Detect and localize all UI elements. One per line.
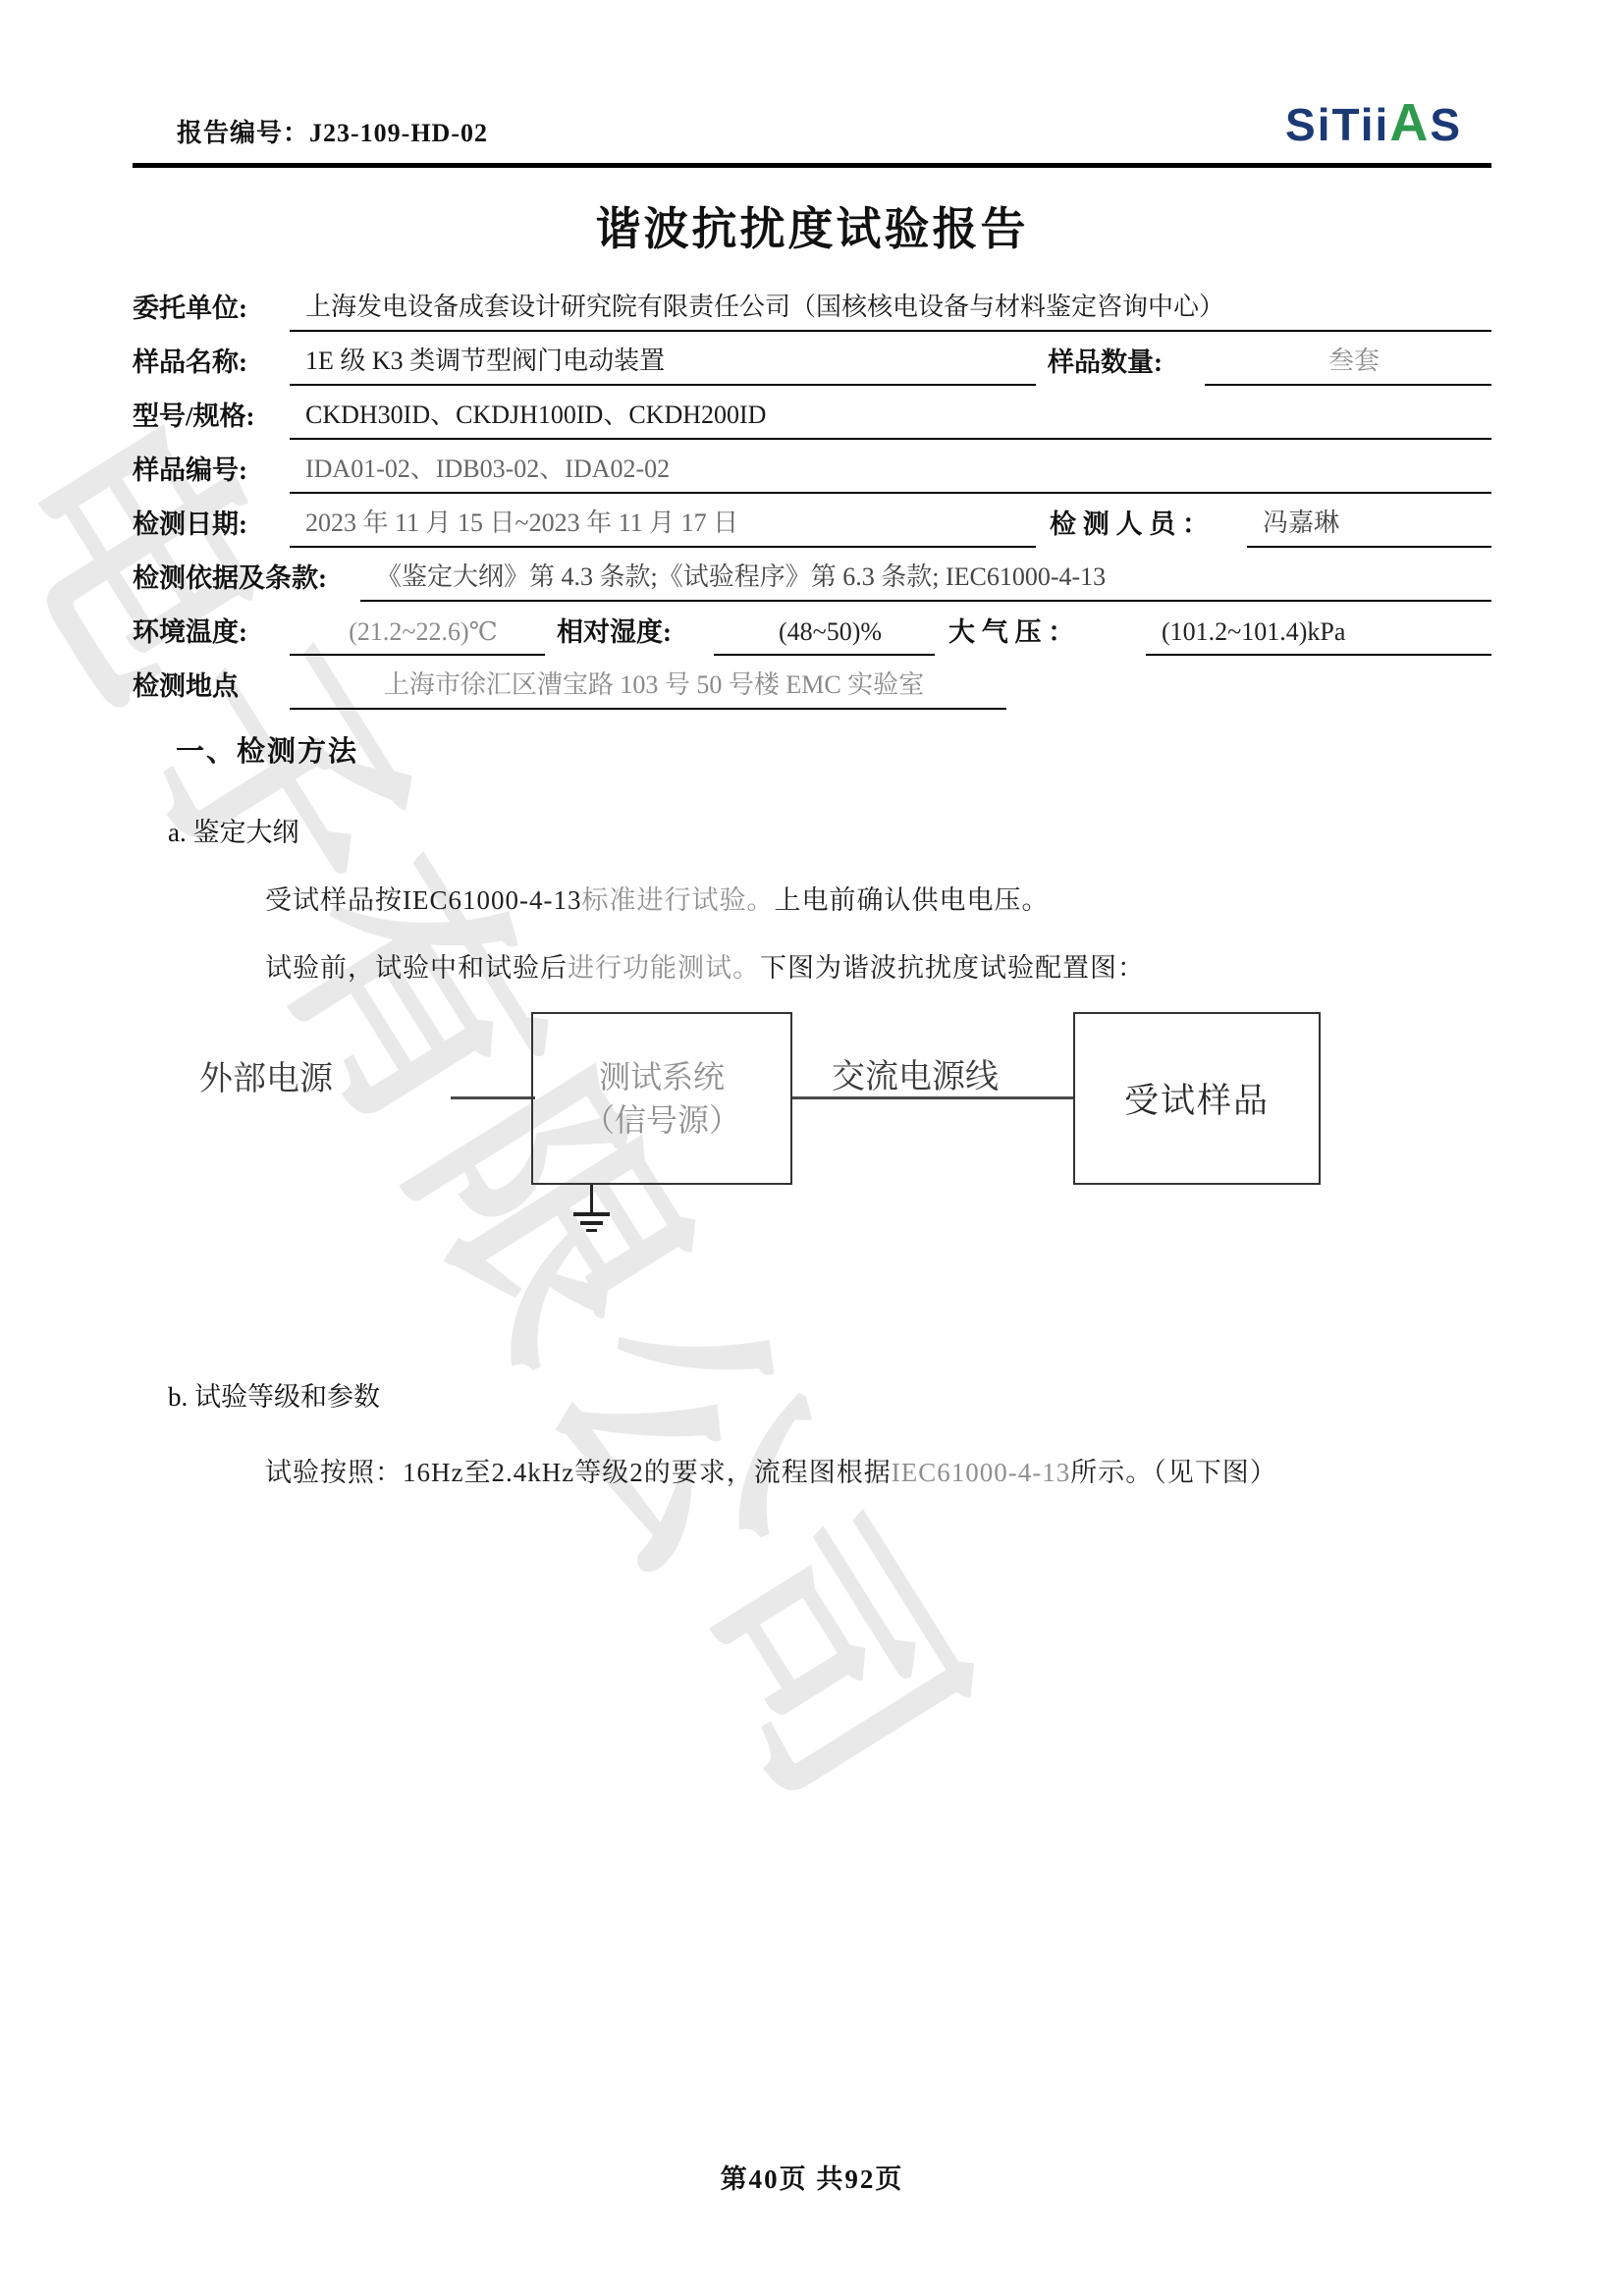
paragraph-test-level: 试验按照：16Hz至2.4kHz等级2的要求，流程图根据IEC61000-4-1…: [265, 1451, 1491, 1489]
sample-no-value: IDA01-02、IDB03-02、IDA02-02: [290, 449, 1491, 494]
item-b-test-level: b. 试验等级和参数: [168, 1375, 1491, 1414]
sitiias-logo: SiTiiAS: [1285, 96, 1491, 149]
ambient-temp-label: 环境温度:: [133, 611, 290, 656]
field-sample-no: 样品编号: IDA01-02、IDB03-02、IDA02-02: [133, 440, 1491, 494]
sample-qty-label: 样品数量:: [1036, 341, 1205, 386]
logo-text-right: S: [1430, 99, 1462, 150]
paragraph-function-test: 试验前，试验中和试验后进行功能测试。下图为谐波抗扰度试验配置图：: [265, 946, 1491, 985]
test-basis-label: 检测依据及条款:: [133, 557, 360, 602]
page-number: 第40页 共92页: [0, 2158, 1624, 2196]
tester-label: 检 测 人 员 ：: [1036, 503, 1247, 548]
page-content: 报告编号：J23-109-HD-02 SiTiiAS 谐波抗扰度试验报告 委托单…: [133, 0, 1491, 1489]
ground-icon: [590, 1185, 593, 1212]
test-system-box: 测试系统 （信号源）: [531, 1012, 792, 1185]
para1-part2: 标准进行试验。: [581, 885, 774, 915]
eut-label: 受试样品: [1124, 1074, 1270, 1123]
report-info-table: 委托单位: 上海发电设备成套设计研究院有限责任公司（国核核电设备与材料鉴定咨询中…: [133, 278, 1491, 710]
humidity-value: (48~50)%: [714, 617, 935, 656]
entrust-unit-label: 委托单位:: [133, 287, 290, 332]
field-model-spec: 型号/规格: CKDH30ID、CKDJH100ID、CKDH200ID: [133, 386, 1491, 440]
external-power-label: 外部电源: [199, 1051, 333, 1099]
page-title: 谐波抗扰度试验报告: [133, 193, 1491, 258]
para2-part2: 进行功能测试。: [568, 953, 760, 983]
paragraph-test-standard: 受试样品按IEC61000-4-13标准进行试验。上电前确认供电电压。: [265, 879, 1491, 917]
para2-part3: 下图为谐波抗扰度试验配置图：: [760, 953, 1145, 983]
ac-power-line-label: 交流电源线: [832, 1049, 999, 1097]
para3-part2: IEC61000-4-13: [892, 1458, 1070, 1487]
field-test-location: 检测地点 上海市徐汇区漕宝路 103 号 50 号楼 EMC 实验室: [133, 656, 1491, 710]
logo-text-mid: A: [1389, 93, 1430, 152]
entrust-unit-value: 上海发电设备成套设计研究院有限责任公司（国核核电设备与材料鉴定咨询中心）: [290, 287, 1491, 332]
ambient-temp-value: (21.2~22.6)℃: [290, 617, 545, 656]
field-test-basis: 检测依据及条款: 《鉴定大纲》第 4.3 条款;《试验程序》第 6.3 条款; …: [133, 548, 1491, 602]
logo-text-left: SiTii: [1285, 99, 1389, 150]
test-setup-diagram: 外部电源 测试系统 （信号源） 交流电源线 受试样品: [133, 1000, 1491, 1312]
test-location-value: 上海市徐汇区漕宝路 103 号 50 号楼 EMC 实验室: [290, 665, 1006, 710]
connector-line-left: [451, 1096, 535, 1099]
sample-qty-value: 叁套: [1205, 341, 1491, 386]
para3-part1: 试验按照：16Hz至2.4kHz等级2的要求，流程图根据: [265, 1458, 892, 1487]
test-system-line2: （信号源）: [583, 1098, 740, 1142]
model-spec-label: 型号/规格:: [133, 395, 290, 440]
ground-bar-3: [586, 1229, 597, 1232]
report-number-label: 报告编号：: [177, 119, 309, 147]
field-environment: 环境温度: (21.2~22.6)℃ 相对湿度: (48~50)% 大 气 压 …: [133, 602, 1491, 656]
model-spec-value: CKDH30ID、CKDJH100ID、CKDH200ID: [290, 395, 1491, 440]
eut-box: 受试样品: [1073, 1012, 1321, 1185]
pressure-label: 大 气 压 ：: [935, 611, 1146, 656]
test-location-label: 检测地点: [133, 665, 290, 710]
para3-part3: 所示。（见下图）: [1070, 1458, 1277, 1487]
page-header: 报告编号：J23-109-HD-02 SiTiiAS: [133, 0, 1491, 149]
para1-part3: 上电前确认供电电压。: [774, 885, 1049, 915]
sample-no-label: 样品编号:: [133, 449, 290, 494]
ground-bar-1: [573, 1212, 610, 1216]
test-date-value: 2023 年 11 月 15 日~2023 年 11 月 17 日: [290, 503, 1036, 548]
field-test-date-tester: 检测日期: 2023 年 11 月 15 日~2023 年 11 月 17 日 …: [133, 494, 1491, 548]
sample-name-label: 样品名称:: [133, 341, 290, 386]
ground-bar-2: [580, 1221, 603, 1225]
humidity-label: 相对湿度:: [545, 611, 714, 656]
para1-part1: 受试样品按IEC61000-4-13: [265, 885, 581, 915]
item-a-qualification-outline: a. 鉴定大纲: [168, 811, 1491, 849]
report-page: 电子有限公司 报告编号：J23-109-HD-02 SiTiiAS 谐波抗扰度试…: [0, 0, 1624, 2296]
pressure-value: (101.2~101.4)kPa: [1146, 617, 1491, 656]
sample-name-value: 1E 级 K3 类调节型阀门电动装置: [290, 341, 1036, 386]
test-system-line1: 测试系统: [599, 1055, 725, 1098]
report-number: 报告编号：J23-109-HD-02: [133, 113, 488, 149]
para2-part1: 试验前，试验中和试验后: [265, 953, 568, 983]
section-heading-method: 一、检测方法: [176, 729, 1491, 770]
test-date-label: 检测日期:: [133, 503, 290, 548]
report-number-value: J23-109-HD-02: [309, 119, 488, 147]
tester-value: 冯嘉琳: [1247, 503, 1491, 548]
field-entrust-unit: 委托单位: 上海发电设备成套设计研究院有限责任公司（国核核电设备与材料鉴定咨询中…: [133, 278, 1491, 332]
test-basis-value: 《鉴定大纲》第 4.3 条款;《试验程序》第 6.3 条款; IEC61000-…: [360, 557, 1491, 602]
header-divider: [133, 163, 1491, 168]
field-sample-name-qty: 样品名称: 1E 级 K3 类调节型阀门电动装置 样品数量: 叁套: [133, 332, 1491, 386]
